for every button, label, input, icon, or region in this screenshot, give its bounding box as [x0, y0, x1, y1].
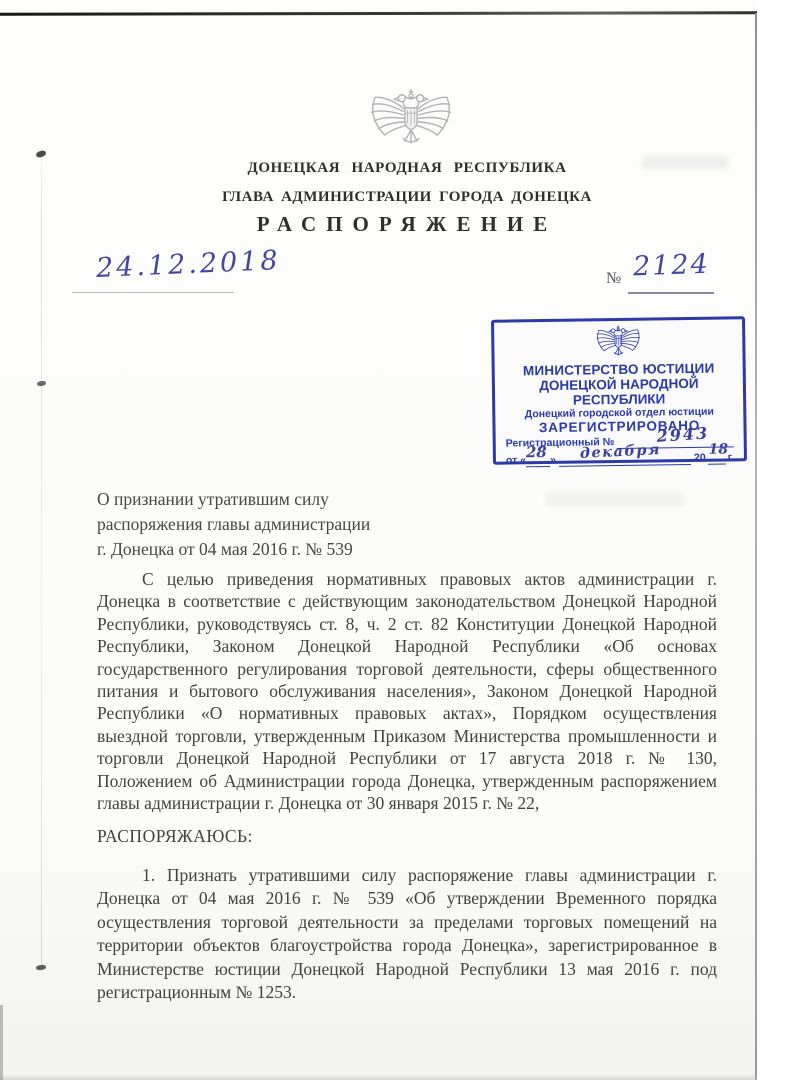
stamp-handwritten-reg-number: 2943 — [656, 426, 709, 442]
stamp-ministry-line2: ДОНЕЦКОЙ НАРОДНОЙ — [539, 376, 698, 393]
preamble-paragraph: С целью приведения нормативных правовых … — [97, 568, 717, 814]
crease-mark — [36, 964, 46, 970]
crease-mark — [37, 380, 47, 386]
stamp-handwritten-year: 18 — [709, 443, 729, 456]
handwritten-date: 24.12.2018 — [95, 245, 281, 284]
stamp-date-suffix: г. — [728, 451, 734, 464]
stamp-year-line: 18 — [708, 451, 726, 465]
stamp-month-line: декабря — [559, 451, 691, 467]
stamp-ministry-line3: РЕСПУБЛИКИ — [573, 391, 666, 407]
stamp-eagle-icon — [592, 324, 645, 363]
subject-line-1: О признании утратившим силу — [97, 487, 435, 512]
document-subject: О признании утратившим силу распоряжения… — [97, 487, 435, 562]
scan-edge-bottom — [0, 1074, 757, 1080]
resolution-heading: РАСПОРЯЖАЮСЬ: — [97, 826, 253, 847]
stamp-date-row: от « 28 » декабря 20 18 г. — [506, 450, 734, 467]
coat-of-arms-eagle-icon — [366, 86, 456, 156]
stamp-year-prefix: 20 — [694, 452, 706, 465]
subject-line-2: распоряжения главы администрации — [97, 512, 435, 537]
stamp-date-close-quote: » — [550, 454, 556, 467]
crease-mark — [35, 150, 46, 159]
stamp-day-line: 28 — [526, 453, 550, 467]
scan-edge-left — [0, 1005, 3, 1080]
scanner-background — [757, 0, 785, 1080]
number-underline — [628, 292, 714, 294]
stamp-handwritten-month: декабря — [580, 443, 662, 460]
document-type-title: РАСПОРЯЖЕНИЕ — [97, 212, 717, 237]
scan-edge-top — [0, 11, 758, 16]
stamp-handwritten-day: 28 — [526, 446, 547, 459]
number-sign-label: № — [606, 270, 621, 288]
page-crease-line — [41, 150, 42, 972]
republic-name: ДОНЕЦКАЯ НАРОДНАЯ РЕСПУБЛИКА — [97, 160, 717, 177]
resolution-item-1: 1. Признать утратившими силу распоряжени… — [97, 864, 717, 1004]
date-underline — [72, 292, 234, 293]
issuing-authority: ГЛАВА АДМИНИСТРАЦИИ ГОРОДА ДОНЕЦКА — [97, 189, 717, 206]
subject-line-3: г. Донецка от 04 мая 2016 г. № 539 — [97, 537, 435, 562]
scan-artifact-smudge — [545, 492, 685, 507]
scanned-page: ДОНЕЦКАЯ НАРОДНАЯ РЕСПУБЛИКА ГЛАВА АДМИН… — [0, 0, 785, 1080]
justice-registration-stamp: МИНИСТЕРСТВО ЮСТИЦИИ ДОНЕЦКОЙ НАРОДНОЙ Р… — [491, 316, 747, 465]
stamp-date-prefix: от « — [506, 454, 526, 467]
handwritten-document-number: 2124 — [632, 249, 710, 283]
